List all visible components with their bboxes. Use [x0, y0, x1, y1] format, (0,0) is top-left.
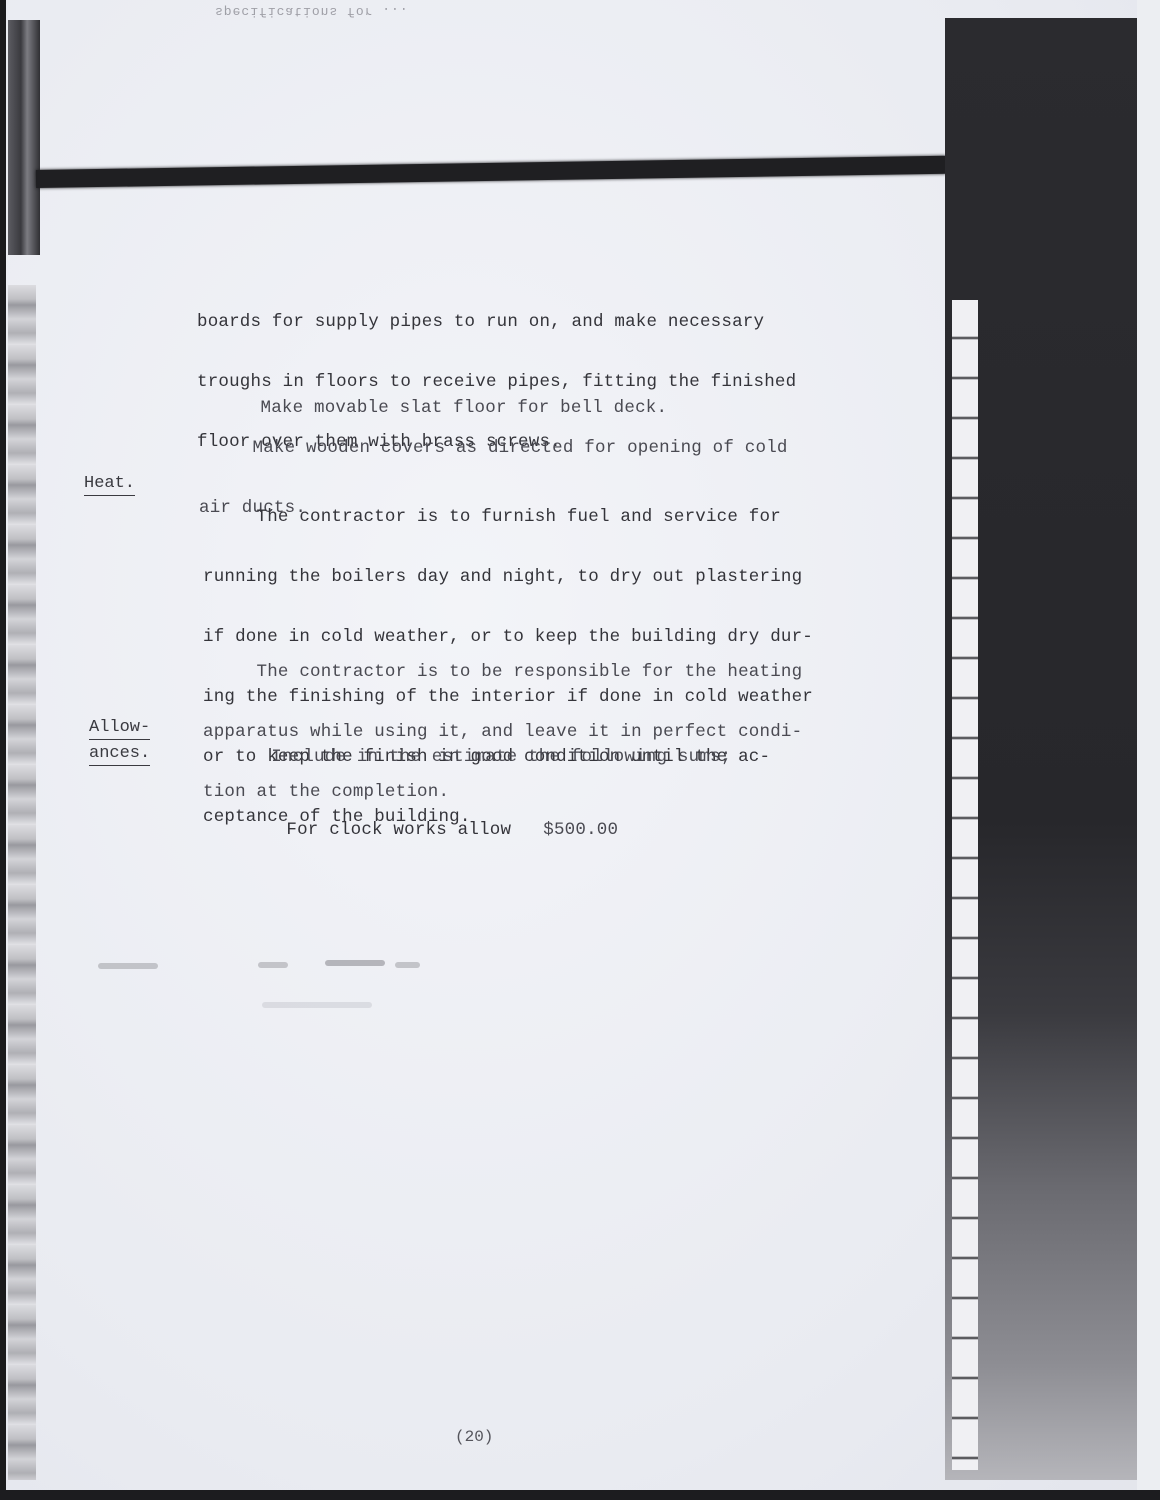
torn-strip-top-left — [8, 20, 40, 255]
ink-smudge — [98, 963, 158, 969]
ink-smudge — [325, 960, 385, 966]
allowances-label-line: Allow- — [89, 718, 150, 740]
torn-strip-left — [8, 285, 36, 1480]
margin-label-heat: Heat. — [84, 474, 135, 496]
text-line: The contractor is to furnish fuel and se… — [203, 507, 813, 527]
text-line: Include in the estimate the following su… — [207, 747, 731, 767]
ink-smudge — [258, 962, 288, 968]
page-number: (20) — [455, 1428, 493, 1446]
text-line: The contractor is to be responsible for … — [203, 662, 802, 682]
allowance-line: For clock works allow $500.00 — [265, 800, 618, 840]
heat-label-text: Heat. — [84, 474, 135, 496]
text-line: running the boilers day and night, to dr… — [203, 567, 813, 587]
torn-edge-right — [952, 300, 978, 1470]
text-line: boards for supply pipes to run on, and m… — [197, 312, 796, 332]
bleed-through-text: specifications for ... — [215, 4, 409, 19]
allowance-amount: $500.00 — [543, 820, 618, 840]
scan-bottom-edge — [0, 1490, 1160, 1500]
allowances-label-line: ances. — [89, 744, 150, 766]
ink-smudge — [395, 962, 420, 968]
margin-label-allowances: Allow- ances. — [89, 718, 150, 766]
scan-left-edge — [0, 0, 6, 1500]
allowance-label: For clock works allow — [286, 820, 511, 840]
text-line: Make wooden covers as directed for openi… — [199, 438, 788, 458]
scan-right-margin — [1137, 0, 1160, 1500]
paragraph-include-estimate: Include in the estimate the following su… — [207, 707, 731, 787]
ink-smudge — [262, 1002, 372, 1008]
